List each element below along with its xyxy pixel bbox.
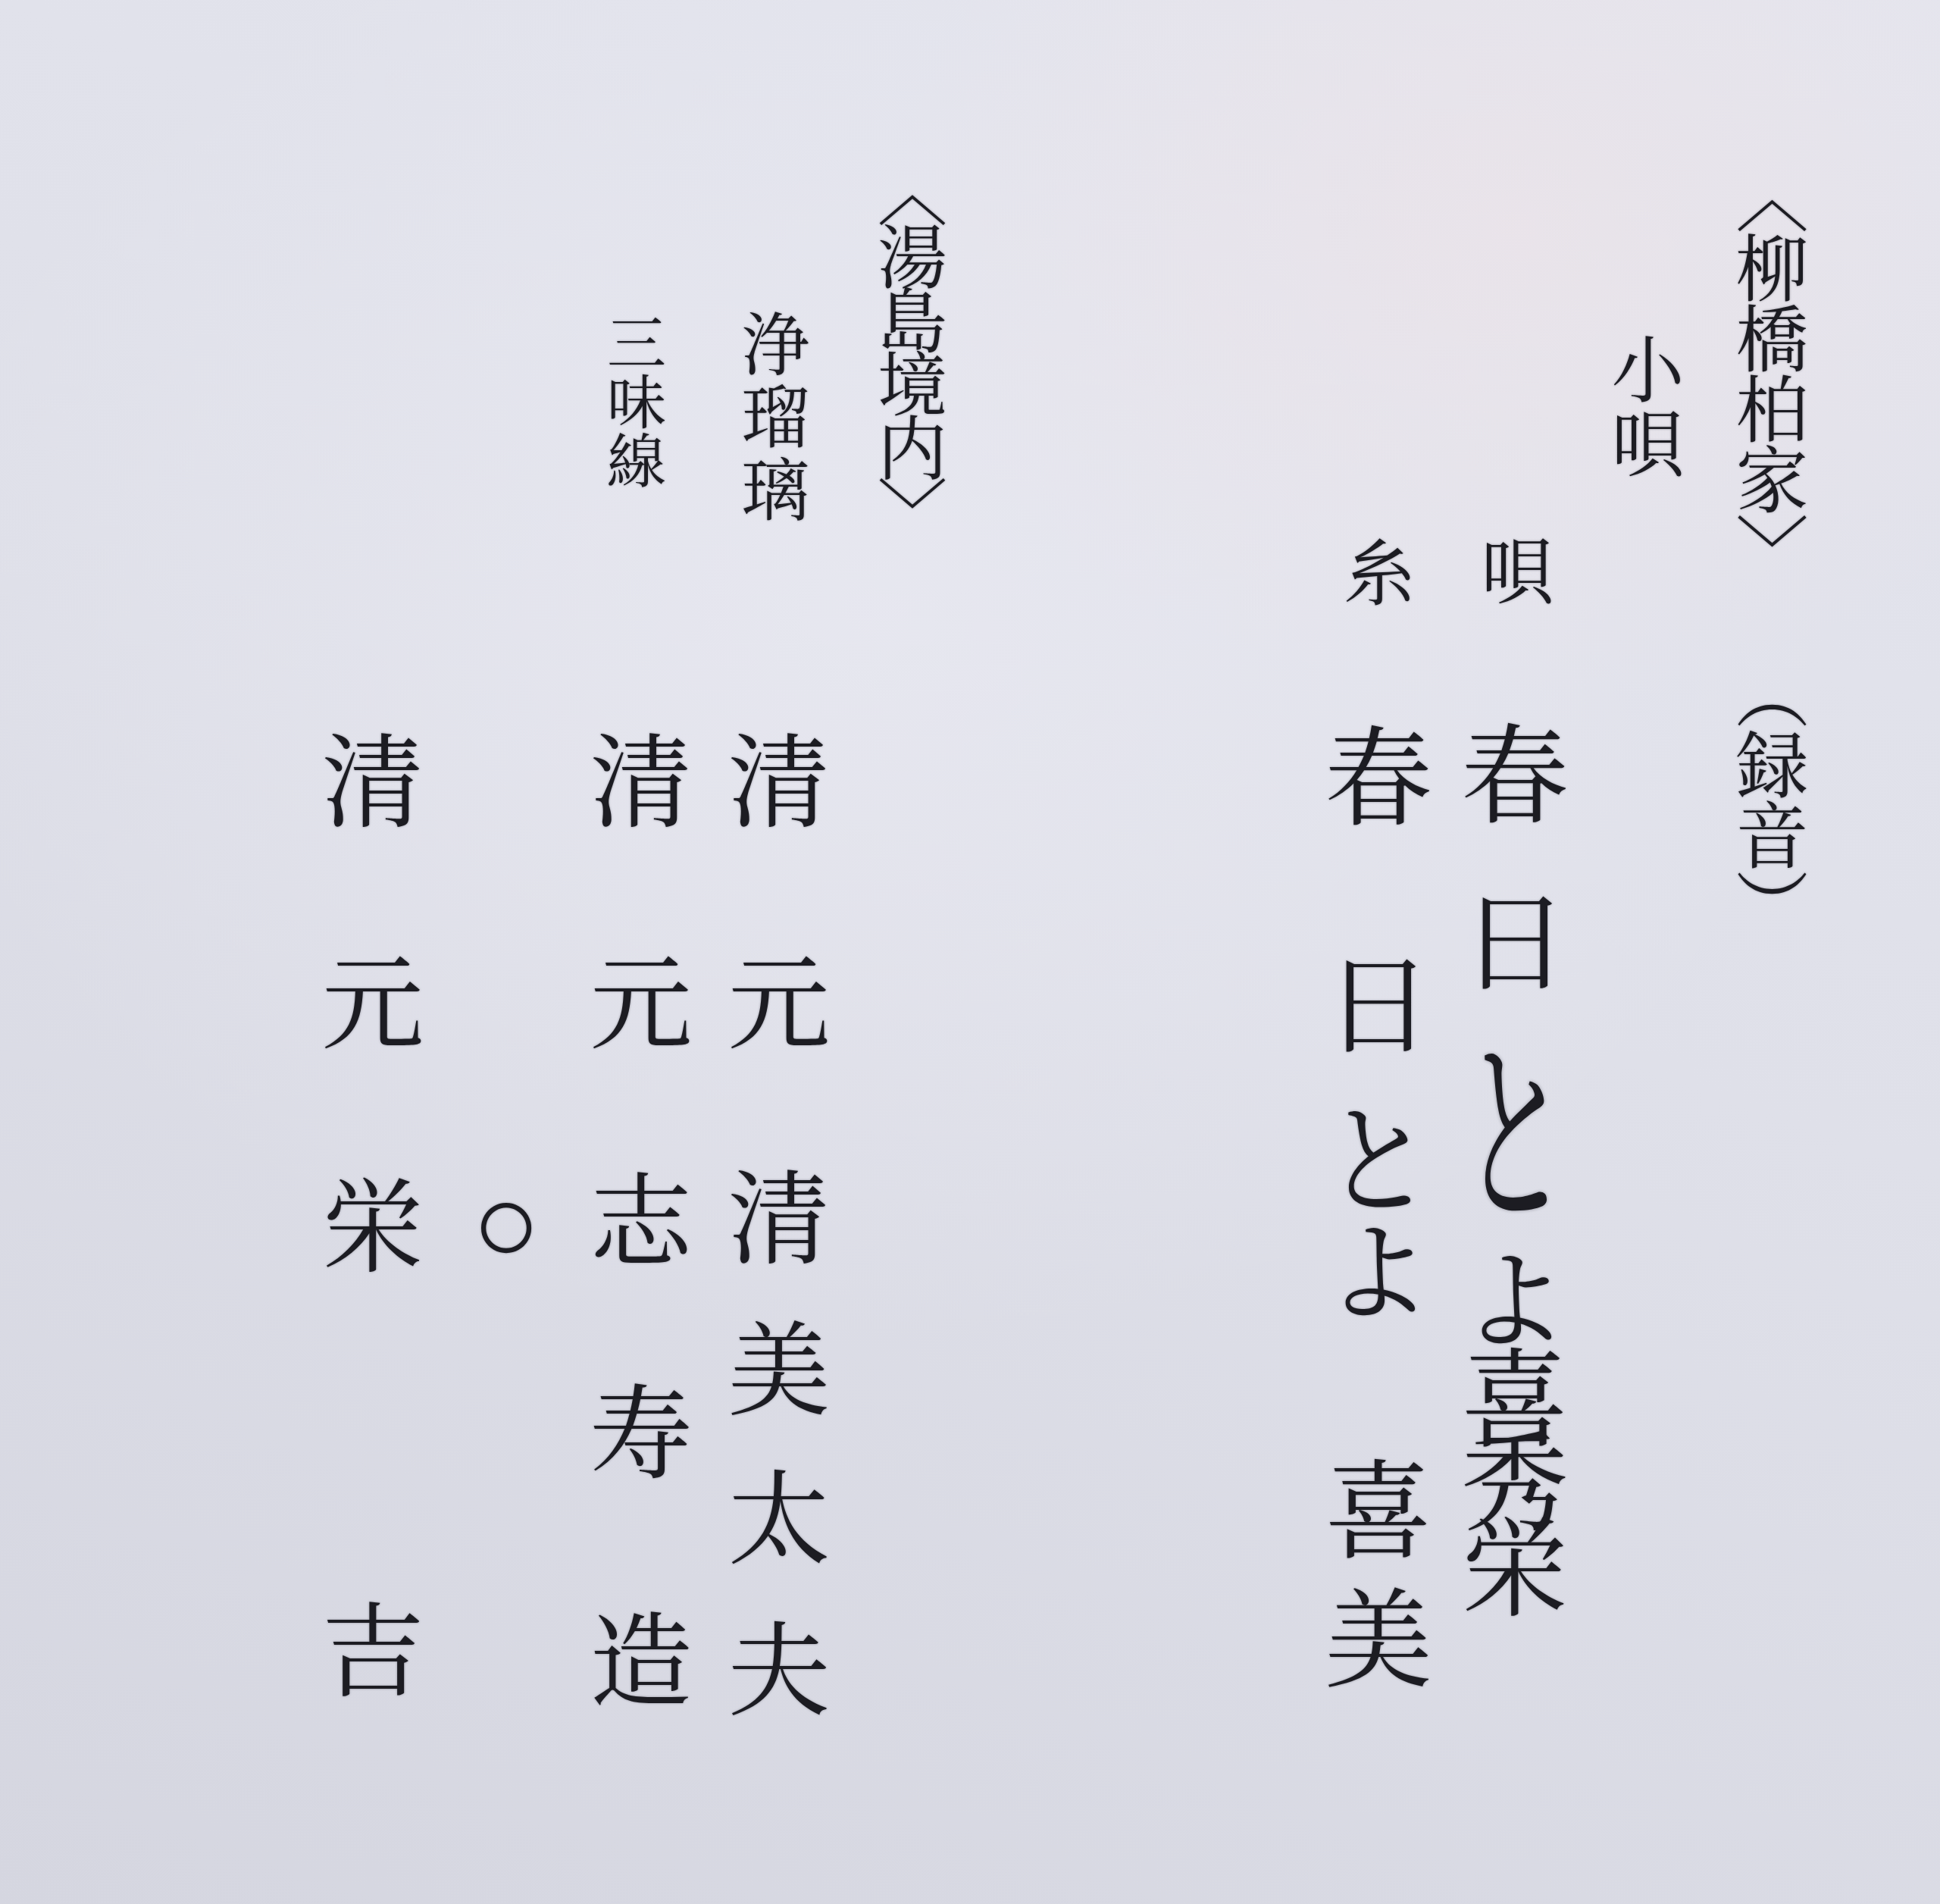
circle-marker: ○ [449,1167,563,1281]
genre-label: 小唄 [1605,332,1678,481]
piece-title: 〈湯島境内〉 [871,158,941,540]
role-label-shamisen: 三味線 [602,312,661,490]
venue-title-column: 〈柳橋柏家〉（録音） [1729,161,1802,939]
recording-note: （録音） [1726,694,1807,939]
role-label-ito: 糸 [1337,535,1410,608]
printed-page: 〈柳橋柏家〉（録音） 小唄 唄 春日とよ喜秀栄 糸 春日とよ喜美 〈湯島境内〉 … [0,0,1940,1904]
role-label-uta: 唄 [1475,534,1547,606]
venue-title: 〈柳橋柏家〉 [1726,161,1807,584]
role-label-joruri: 浄瑠璃 [734,309,802,528]
